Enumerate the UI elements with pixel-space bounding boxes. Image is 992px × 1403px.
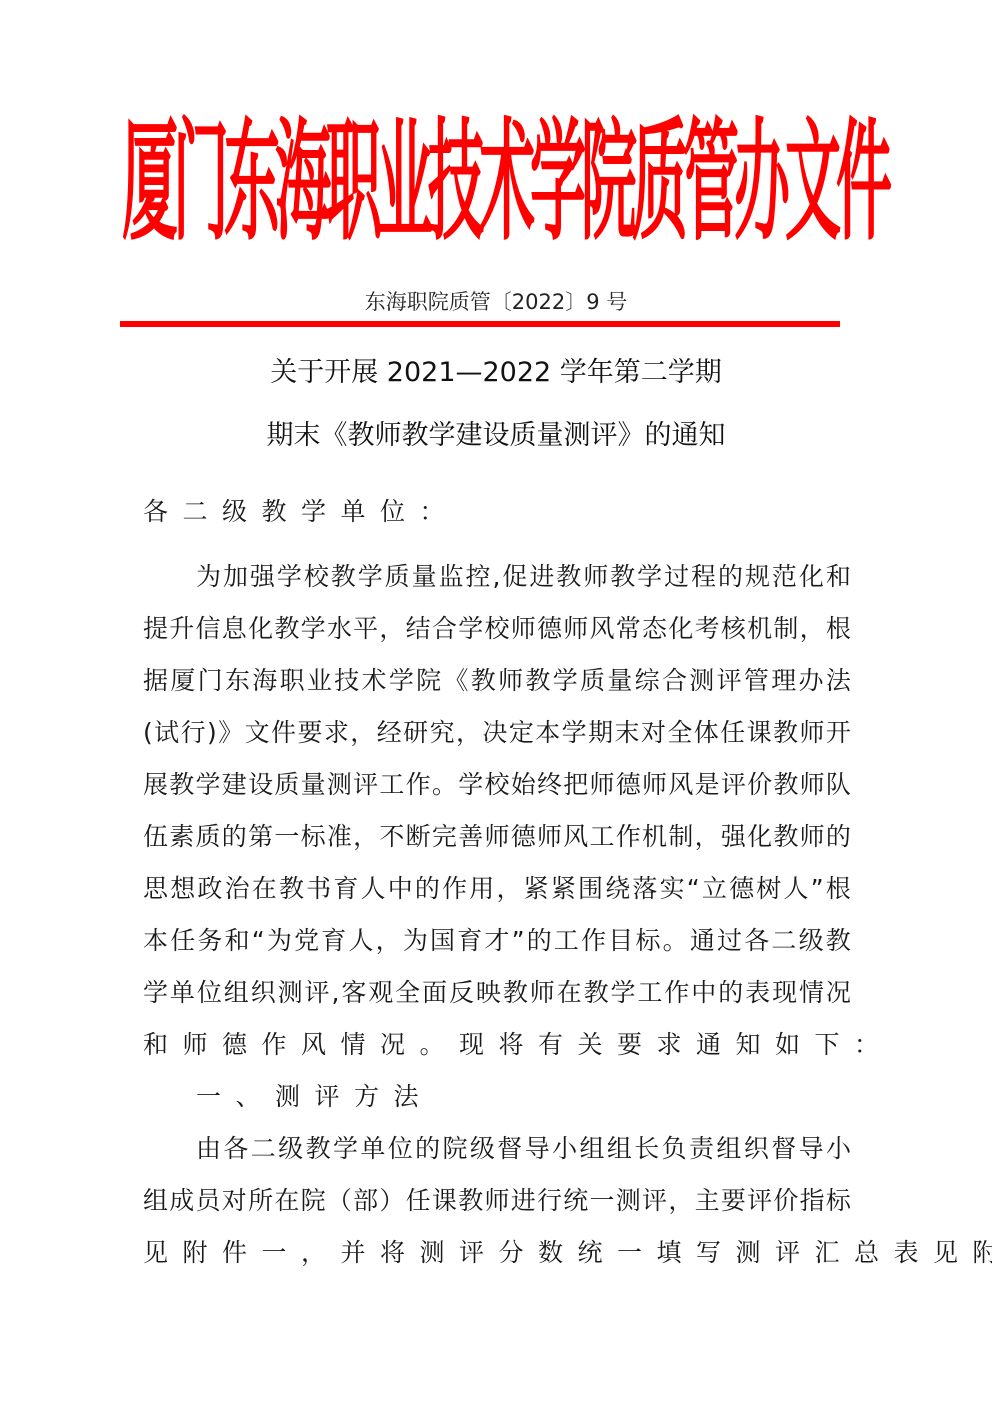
paragraph-line: 伍素质的第一标准，不断完善师德师风工作机制，强化教师的 [143, 822, 851, 852]
paragraph-line: 学单位组织测评,客观全面反映教师在教学工作中的表现情况 [143, 978, 851, 1008]
header-char: 院 [581, 119, 632, 251]
paragraph-line: (试行)》文件要求，经研究，决定本学期末对全体任课教师开 [143, 718, 851, 748]
red-separator-rule [120, 321, 840, 327]
notice-title-line-1: 关于开展 2021—2022 学年第二学期 [0, 350, 992, 389]
header-char: 文 [785, 119, 836, 251]
header-char: 技 [428, 119, 479, 251]
document-number: 东海职院质管〔2022〕9 号 [0, 286, 992, 316]
paragraph-line: 组成员对所在院（部）任课教师进行统一测评，主要评价指标 [143, 1186, 851, 1216]
document-page: 厦门东海职业技术学院质管办文件 东海职院质管〔2022〕9 号 关于开展 202… [0, 0, 992, 1403]
header-char: 海 [275, 119, 326, 251]
section-1-heading: 一、测评方法 [196, 1082, 851, 1112]
header-char: 东 [224, 119, 275, 251]
paragraph-line: 思想政治在教书育人中的作用，紧紧围绕落实“立德树人”根 [143, 874, 851, 904]
header-char: 职 [326, 119, 377, 251]
salutation: 各二级教学单位： [143, 497, 851, 527]
institution-red-header: 厦门东海职业技术学院质管办文件 [122, 112, 838, 258]
header-char: 业 [377, 119, 428, 251]
header-char: 办 [734, 119, 785, 251]
header-char: 管 [683, 119, 734, 251]
paragraph-line: 本任务和“为党育人，为国育才”的工作目标。通过各二级教 [143, 926, 851, 956]
paragraph-line: 提升信息化教学水平，结合学校师德师风常态化考核机制，根 [143, 614, 851, 644]
header-char: 学 [530, 119, 581, 251]
header-char: 厦 [122, 119, 173, 251]
notice-title-line-2: 期末《教师教学建设质量测评》的通知 [0, 413, 992, 452]
paragraph-line: 据厦门东海职业技术学院《教师教学质量综合测评管理办法 [143, 666, 851, 696]
paragraph-line: 由各二级教学单位的院级督导小组组长负责组织督导小 [196, 1134, 851, 1164]
paragraph-line: 见附件一，并将测评分数统一填写测评汇总表见附件二。 [143, 1238, 851, 1268]
paragraph-line: 展教学建设质量测评工作。学校始终把师德师风是评价教师队 [143, 770, 851, 800]
header-char: 术 [479, 119, 530, 251]
paragraph-line: 为加强学校教学质量监控,促进教师教学过程的规范化和 [196, 562, 851, 592]
header-char: 门 [173, 119, 224, 251]
header-char: 件 [836, 119, 887, 251]
paragraph-line: 和师德作风情况。现将有关要求通知如下： [143, 1030, 851, 1060]
header-char: 质 [632, 119, 683, 251]
